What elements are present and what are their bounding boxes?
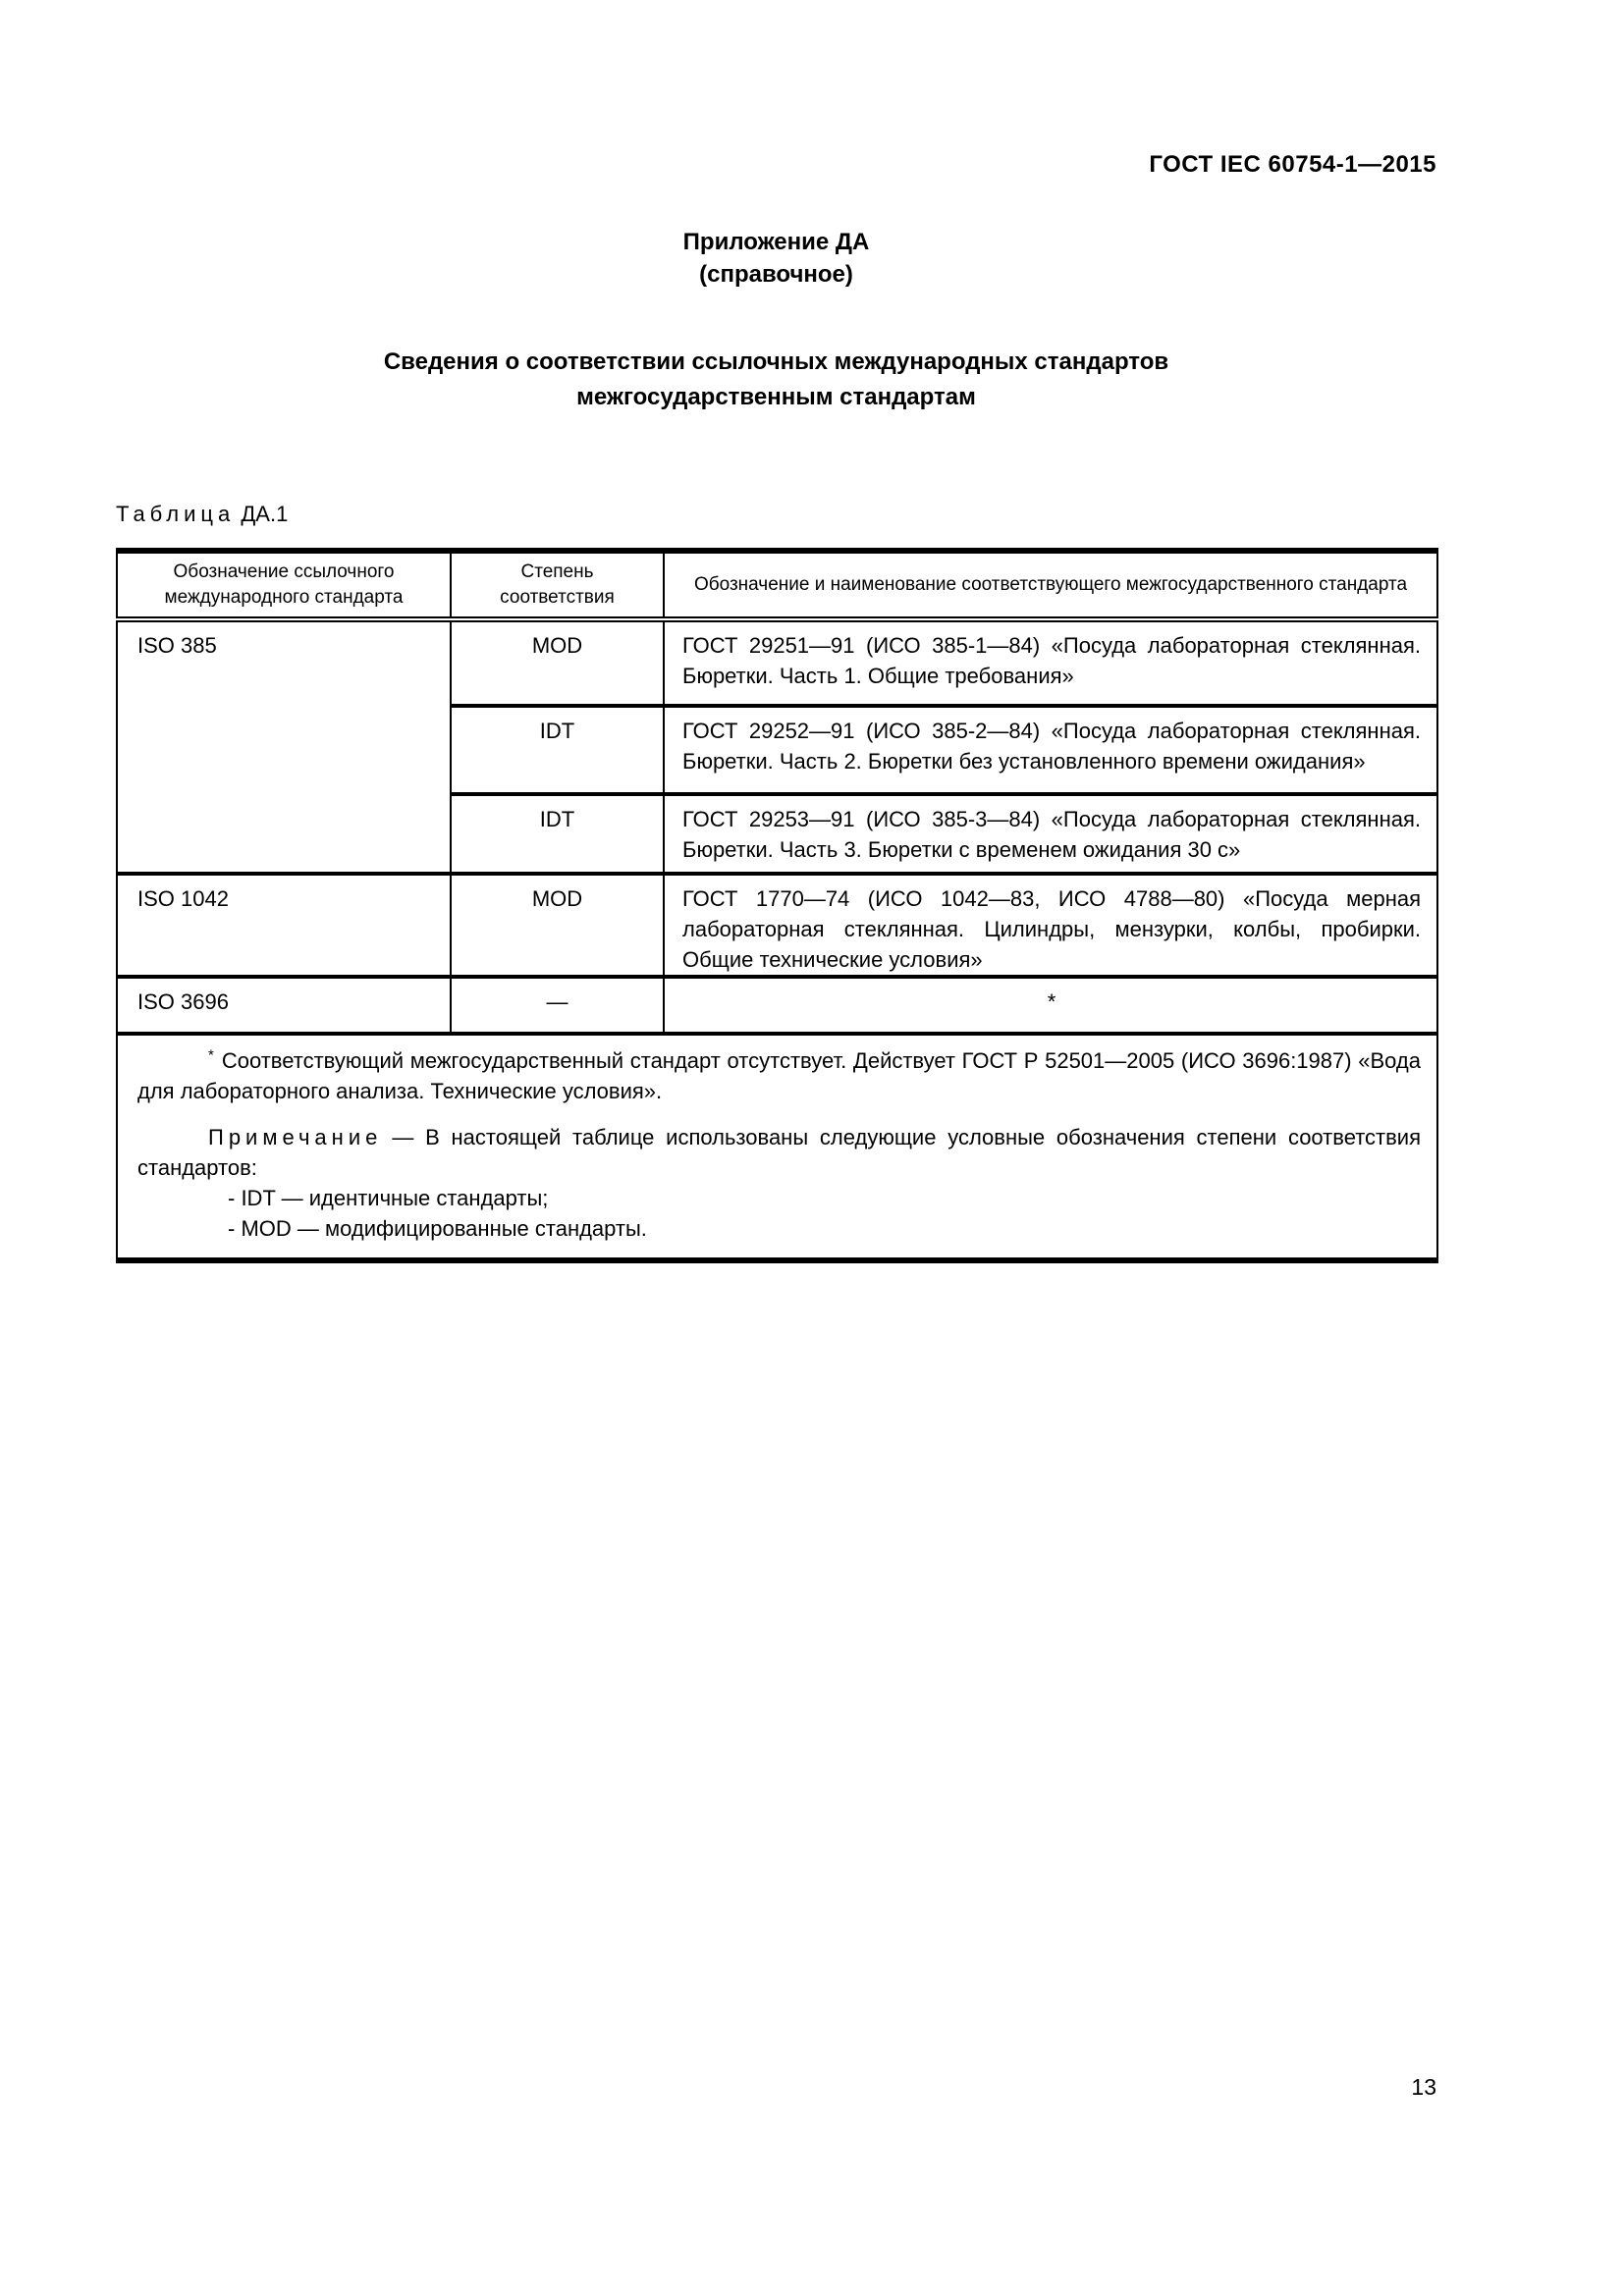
cell-degree: MOD: [451, 619, 664, 706]
cell-gost-description: ГОСТ 29252—91 (ИСО 385-2—84) «Посуда лаб…: [664, 706, 1437, 794]
note-label: Примечание: [208, 1125, 382, 1149]
section-title-line-2: межгосударственным стандартам: [116, 380, 1436, 415]
table-row: ISO 385 MOD ГОСТ 29251—91 (ИСО 385-1—84)…: [117, 619, 1437, 706]
cell-degree: —: [451, 977, 664, 1034]
cell-gost-asterisk: *: [664, 977, 1437, 1034]
note-paragraph: Примечание— В настоящей таблице использо…: [137, 1122, 1421, 1183]
page-number: 13: [116, 2074, 1436, 2101]
appendix-kind: (справочное): [116, 258, 1436, 291]
appendix-label: Приложение ДА: [116, 226, 1436, 258]
table-footnote-row: *Соответствующий межгосударственный стан…: [117, 1034, 1437, 1260]
table-caption-word: Таблица: [116, 502, 235, 526]
cell-gost-description: ГОСТ 1770—74 (ИСО 1042—83, ИСО 4788—80) …: [664, 874, 1437, 977]
table-row: ISO 3696 — *: [117, 977, 1437, 1034]
section-title: Сведения о соответствии ссылочных междун…: [116, 345, 1436, 415]
cell-iso-1042: ISO 1042: [117, 874, 451, 977]
column-header-international-standard: Обозначение ссылочного международного ст…: [117, 551, 451, 619]
running-header-standard-number: ГОСТ IEC 60754-1—2015: [116, 151, 1436, 179]
standards-correspondence-table: Обозначение ссылочного международного ст…: [116, 548, 1438, 1263]
column-header-interstate-standard: Обозначение и наименование соответствующ…: [664, 551, 1437, 619]
section-title-line-1: Сведения о соответствии ссылочных междун…: [116, 345, 1436, 380]
cell-gost-description: ГОСТ 29251—91 (ИСО 385-1—84) «Посуда лаб…: [664, 619, 1437, 706]
column-header-degree: Степень соответствия: [451, 551, 664, 619]
table-row: ISO 1042 MOD ГОСТ 1770—74 (ИСО 1042—83, …: [117, 874, 1437, 977]
cell-degree: MOD: [451, 874, 664, 977]
footnote-cell: *Соответствующий межгосударственный стан…: [117, 1034, 1437, 1260]
table-caption: Таблица ДА.1: [116, 502, 288, 527]
footnote-text: Соответствующий межгосударственный станд…: [137, 1048, 1421, 1103]
note-item-idt: - IDT — идентичные стандарты;: [228, 1183, 1421, 1213]
footnote-paragraph: *Соответствующий межгосударственный стан…: [137, 1045, 1421, 1106]
note-item-mod: - MOD — модифицированные стандарты.: [228, 1213, 1421, 1244]
table-caption-number: ДА.1: [241, 502, 288, 526]
cell-degree: IDT: [451, 794, 664, 874]
table-header-row: Обозначение ссылочного международного ст…: [117, 551, 1437, 619]
appendix-heading: Приложение ДА (справочное): [116, 226, 1436, 291]
cell-degree: IDT: [451, 706, 664, 794]
document-page: ГОСТ IEC 60754-1—2015 Приложение ДА (спр…: [0, 0, 1624, 2296]
cell-iso-385: ISO 385: [117, 619, 451, 874]
cell-iso-3696: ISO 3696: [117, 977, 451, 1034]
footnote-asterisk: *: [208, 1047, 214, 1064]
cell-gost-description: ГОСТ 29253—91 (ИСО 385-3—84) «Посуда лаб…: [664, 794, 1437, 874]
